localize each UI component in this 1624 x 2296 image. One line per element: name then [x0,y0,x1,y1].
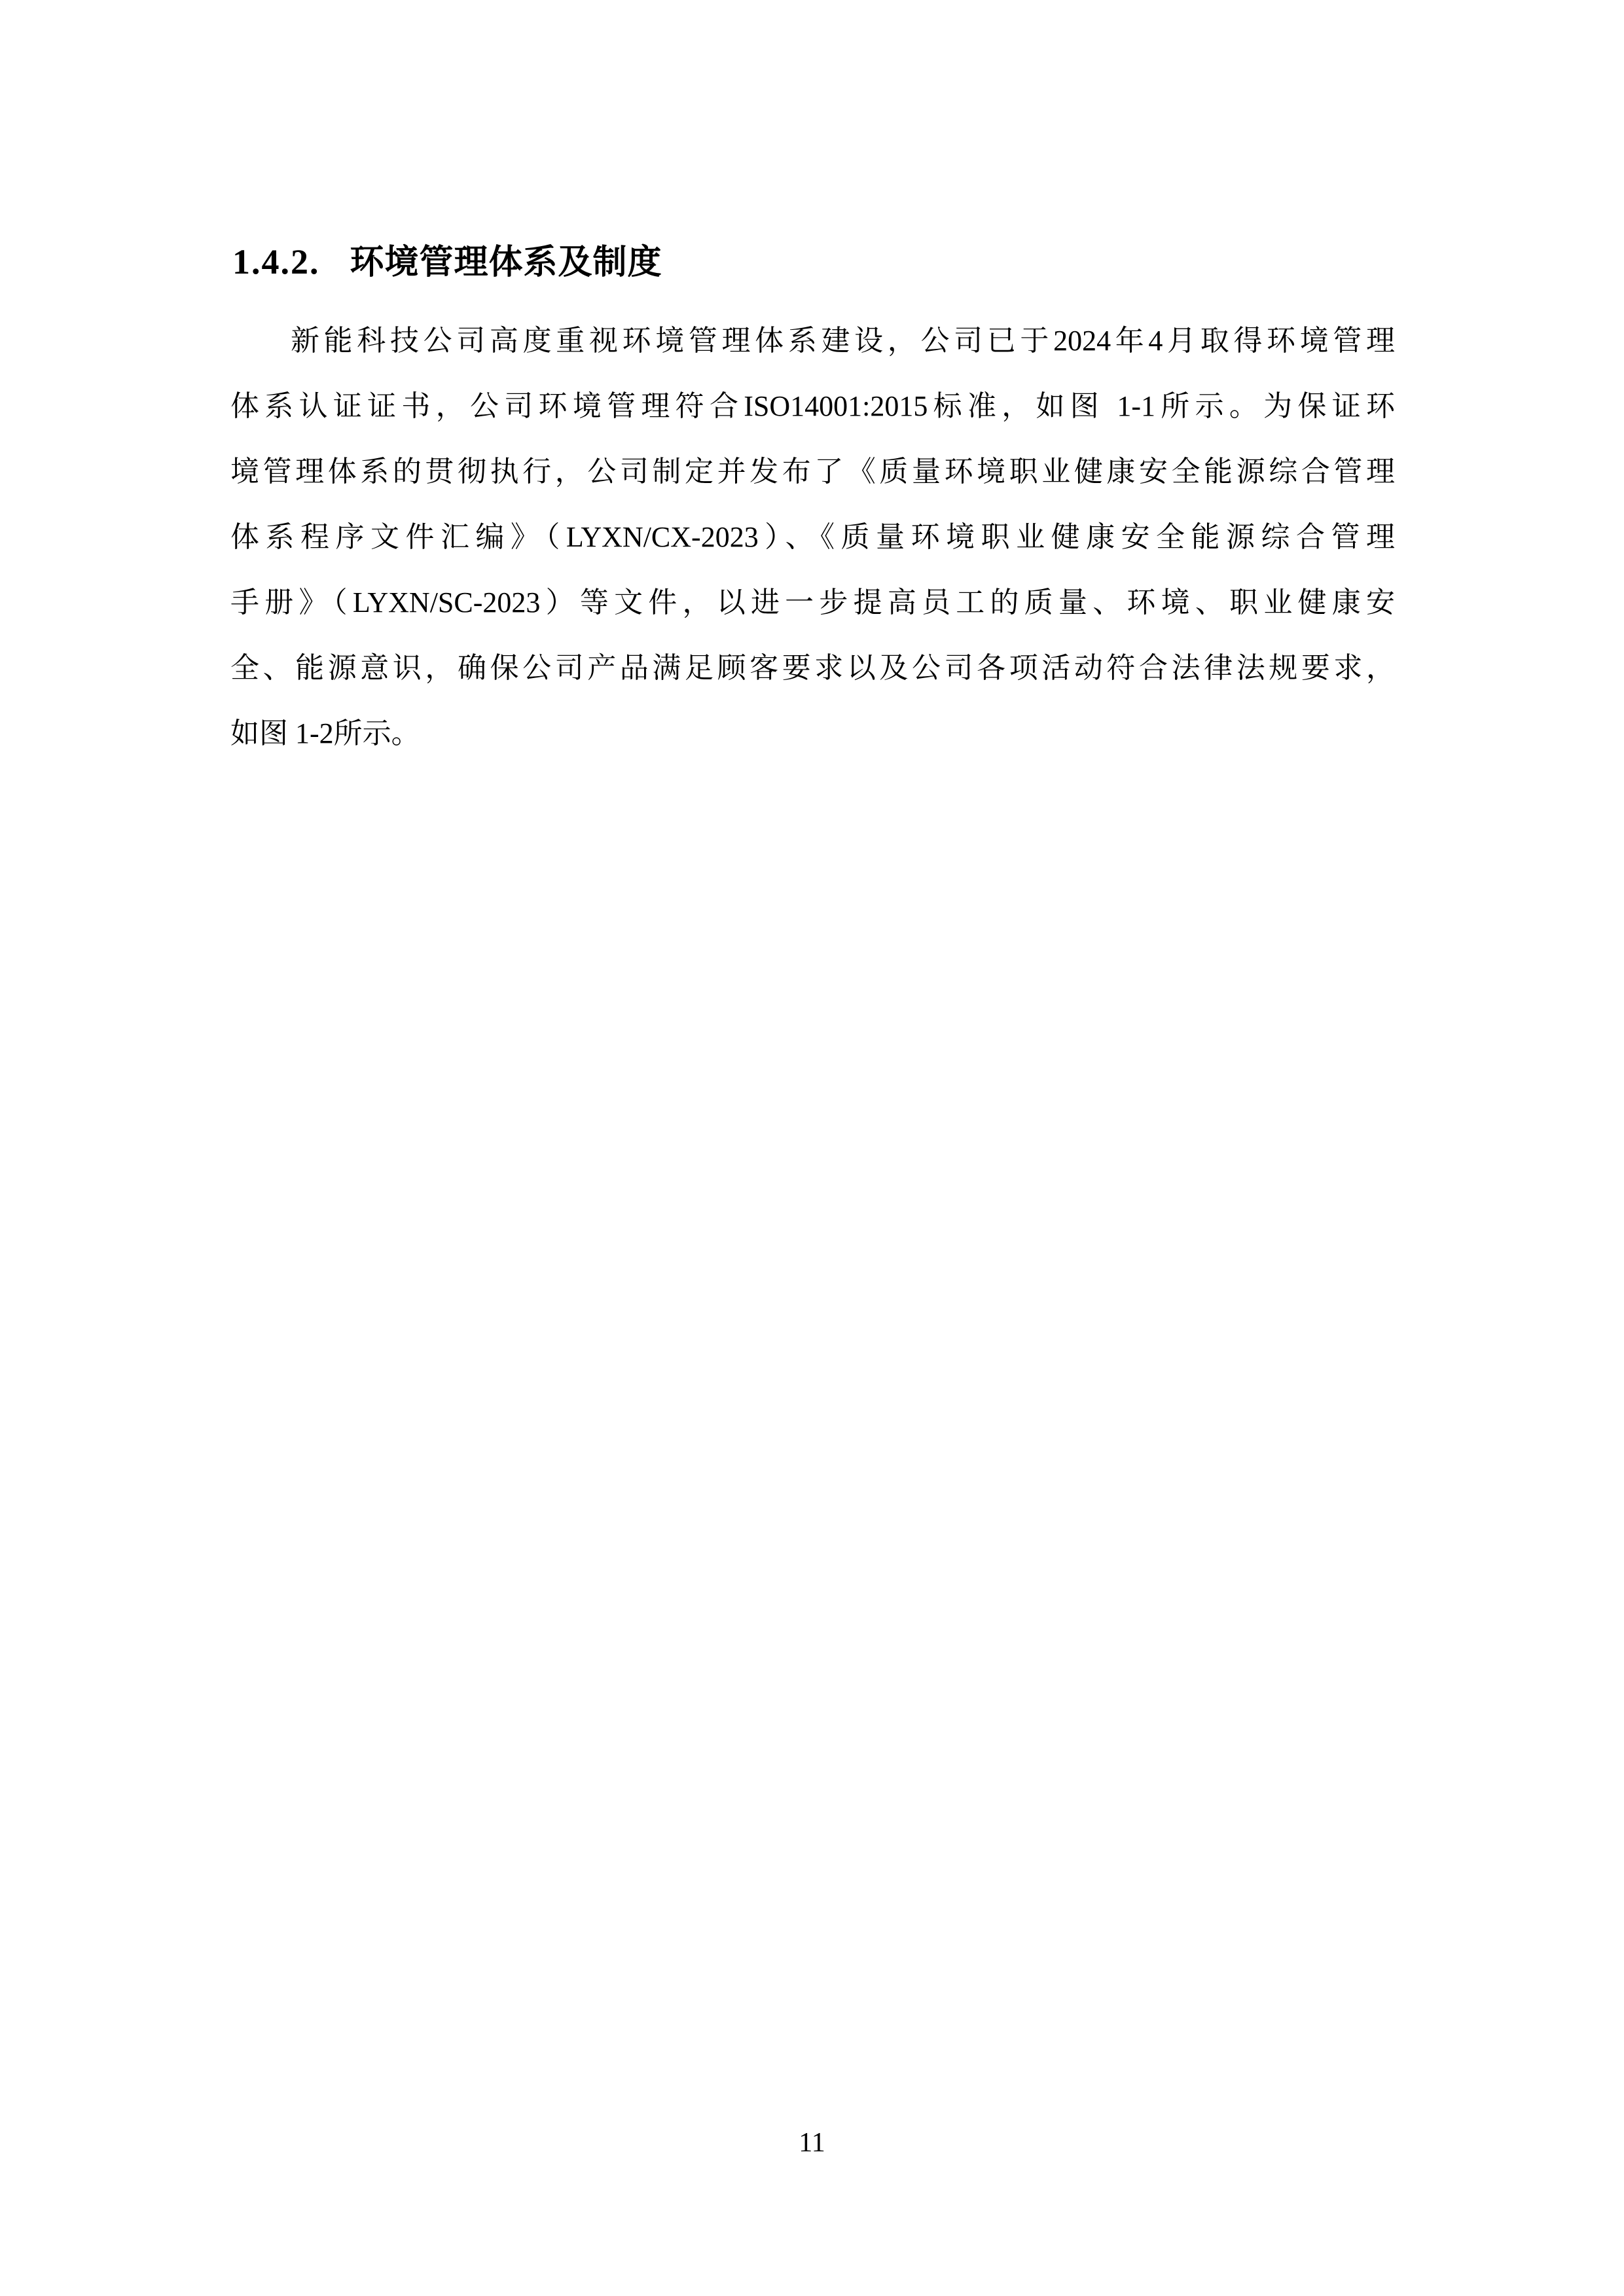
body-paragraph: 新能科技公司高度重视环境管理体系建设，公司已于2024年4月取得环境管理 体系认… [230,308,1395,766]
paragraph-line: 全、能源意识，确保公司产品满足顾客要求以及公司各项活动符合法律法规要求， [230,636,1395,701]
page-number: 11 [0,2126,1624,2160]
paragraph-line: 体系程序文件汇编》（LYXN/CX-2023）、《质量环境职业健康安全能源综合管… [230,505,1395,570]
paragraph-line: 新能科技公司高度重视环境管理体系建设，公司已于2024年4月取得环境管理 [230,308,1395,374]
paragraph-line: 体系认证证书，公司环境管理符合ISO14001:2015标准，如图 1-1所示。… [230,374,1395,439]
section-number: 1.4.2. [232,242,320,281]
section-heading: 1.4.2.环境管理体系及制度 [232,237,662,287]
document-page: 1.4.2.环境管理体系及制度 新能科技公司高度重视环境管理体系建设，公司已于2… [0,0,1624,2296]
paragraph-line: 境管理体系的贯彻执行，公司制定并发布了《质量环境职业健康安全能源综合管理 [230,439,1395,505]
paragraph-line: 手册》（LYXN/SC-2023）等文件，以进一步提高员工的质量、环境、职业健康… [230,570,1395,636]
paragraph-line: 如图 1-2所示。 [230,701,1395,766]
section-title: 环境管理体系及制度 [350,243,662,281]
